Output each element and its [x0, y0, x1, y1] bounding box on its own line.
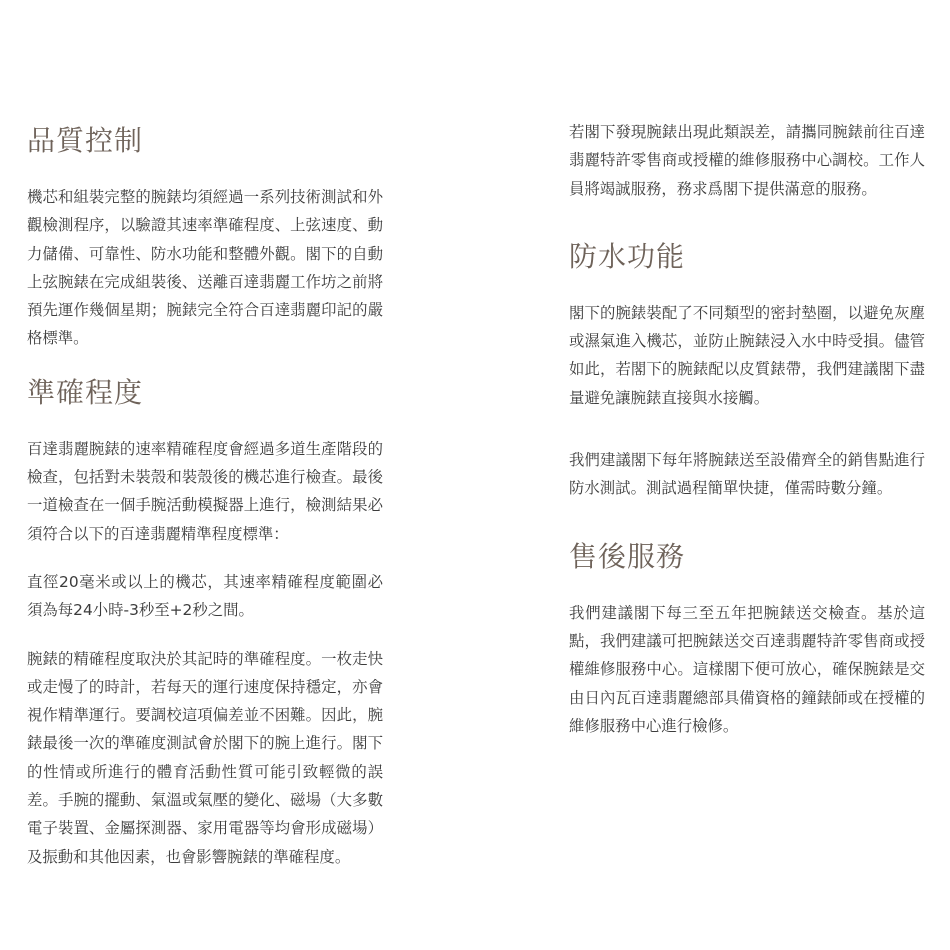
right-column: 若閣下發現腕錶出現此類誤差，請攜同腕錶前往百達翡麗特許零售商或授權的維修服務中心… [569, 118, 925, 760]
paragraph: 腕錶的精確程度取決於其記時的準確程度。一枚走快或走慢了的時計，若每天的運行速度保… [27, 645, 383, 871]
section-title: 售後服務 [569, 537, 925, 577]
section-water-resistance: 防水功能 閣下的腕錶裝配了不同類型的密封墊圈，以避免灰塵或濕氣進入機芯，並防止腕… [569, 237, 925, 503]
section-after-sales-service: 售後服務 我們建議閣下每三至五年把腕錶送交檢查。基於這點，我們建議可把腕錶送交百… [569, 537, 925, 740]
paragraph: 百達翡麗腕錶的速率精確程度會經過多道生產階段的檢查，包括對未裝殼和裝殼後的機芯進… [27, 435, 383, 548]
section-quality-control: 品質控制 機芯和組裝完整的腕錶均須經過一系列技術測試和外觀檢測程序，以驗證其速率… [27, 121, 383, 353]
section-title: 準確程度 [27, 373, 383, 413]
paragraph: 直徑20毫米或以上的機芯，其速率精確程度範圍必須為每24小時-3秒至+2秒之間。 [27, 568, 383, 625]
paragraph: 機芯和組裝完整的腕錶均須經過一系列技術測試和外觀檢測程序，以驗證其速率準確程度、… [27, 183, 383, 353]
section-title: 品質控制 [27, 121, 383, 161]
intro-paragraph: 若閣下發現腕錶出現此類誤差，請攜同腕錶前往百達翡麗特許零售商或授權的維修服務中心… [569, 118, 925, 203]
paragraph: 我們建議閣下每三至五年把腕錶送交檢查。基於這點，我們建議可把腕錶送交百達翡麗特許… [569, 599, 925, 740]
left-column: 品質控制 機芯和組裝完整的腕錶均須經過一系列技術測試和外觀檢測程序，以驗證其速率… [27, 121, 383, 891]
paragraph: 閣下的腕錶裝配了不同類型的密封墊圈，以避免灰塵或濕氣進入機芯，並防止腕錶浸入水中… [569, 299, 925, 412]
section-accuracy: 準確程度 百達翡麗腕錶的速率精確程度會經過多道生產階段的檢查，包括對未裝殼和裝殼… [27, 373, 383, 871]
section-title: 防水功能 [569, 237, 925, 277]
paragraph: 我們建議閣下每年將腕錶送至設備齊全的銷售點進行防水測試。測試過程簡單快捷，僅需時… [569, 446, 925, 503]
